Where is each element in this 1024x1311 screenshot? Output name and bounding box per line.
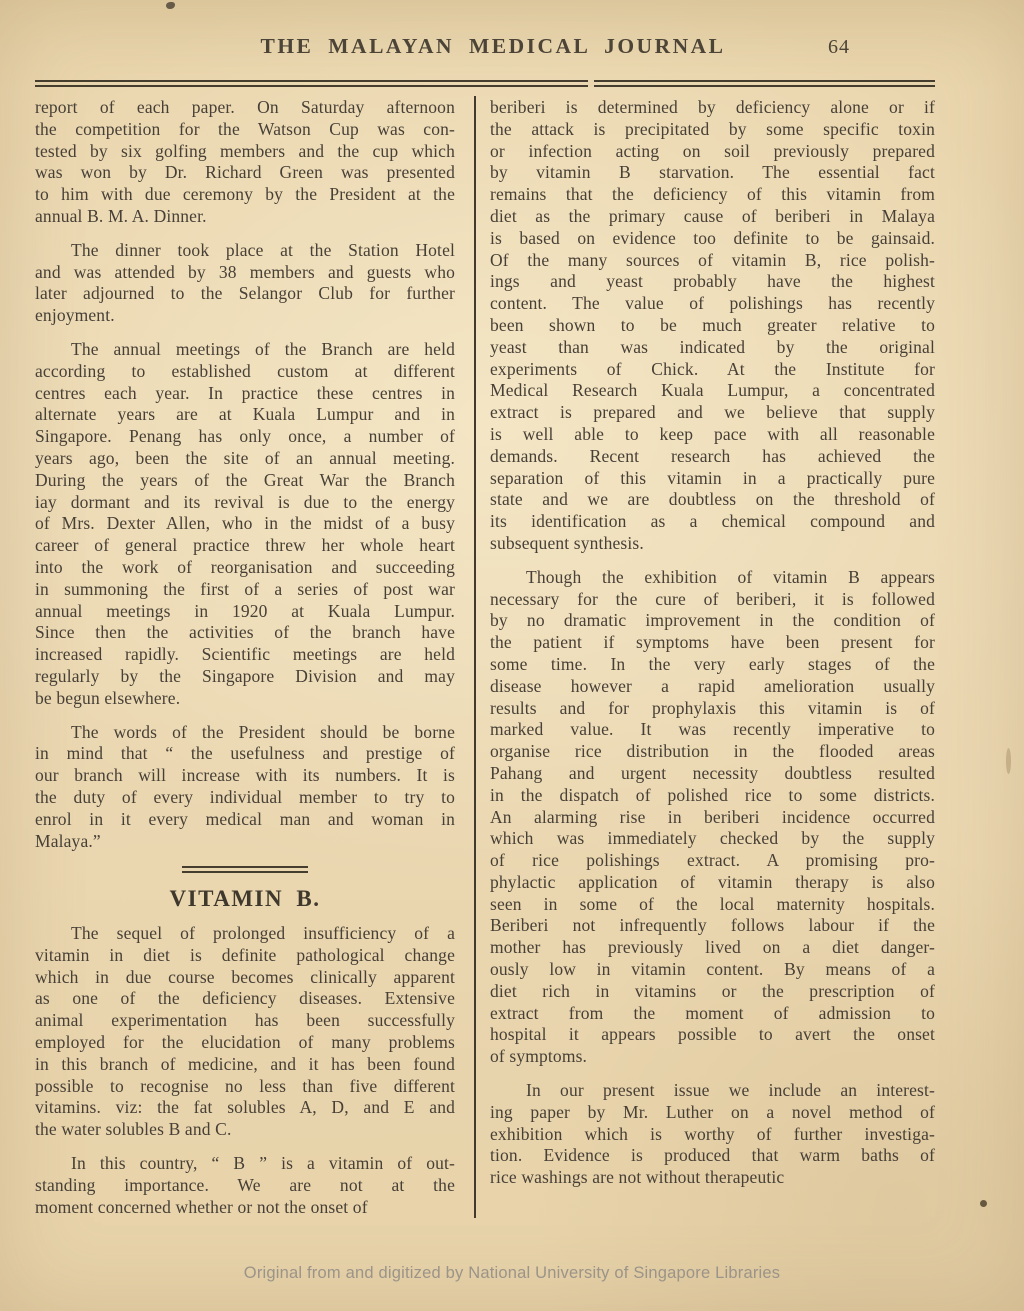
text-line: The dinner took place at the Station Hot…: [35, 240, 455, 262]
text-line: was won by Dr. Richard Green was present…: [35, 162, 455, 184]
text-line: mother has previously lived on a diet da…: [490, 937, 935, 959]
paragraph: The words of the President should be bor…: [35, 722, 455, 853]
text-line: ings and yeast probably have the highest: [490, 271, 935, 293]
text-line: remains that the deficiency of this vita…: [490, 184, 935, 206]
text-line: demands. Recent research has achieved th…: [490, 446, 935, 468]
text-line: which in due course becomes clinically a…: [35, 967, 455, 989]
digitization-credit: Original from and digitized by National …: [0, 1264, 1024, 1283]
text-line: later adjourned to the Selangor Club for…: [35, 283, 455, 305]
text-line: in summoning the first of a series of po…: [35, 579, 455, 601]
text-line: state and we are doubtless on the thresh…: [490, 489, 935, 511]
text-line: the competition for the Watson Cup was c…: [35, 119, 455, 141]
scan-artifact-speck: [166, 2, 175, 9]
text-line: the patient if symptoms have been presen…: [490, 632, 935, 654]
text-line: content. The value of polishings has rec…: [490, 293, 935, 315]
text-line: ously low in vitamin content. By means o…: [490, 959, 935, 981]
text-line: enjoyment.: [35, 305, 455, 327]
text-line: During the years of the Great War the Br…: [35, 470, 455, 492]
text-line: diet as the primary cause of beriberi in…: [490, 206, 935, 228]
text-line: is well able to keep pace with all reaso…: [490, 424, 935, 446]
text-line: ing paper by Mr. Luther on a novel metho…: [490, 1102, 935, 1124]
text-line: seen in some of the local maternity hosp…: [490, 894, 935, 916]
text-line: and was attended by 38 members and guest…: [35, 262, 455, 284]
text-line: of rice polishings extract. A promising …: [490, 850, 935, 872]
text-line: possible to recognise no less than five …: [35, 1076, 455, 1098]
text-line: to him with due ceremony by the Presiden…: [35, 184, 455, 206]
text-line: report of each paper. On Saturday aftern…: [35, 97, 455, 119]
paragraph: In our present issue we include an inter…: [490, 1080, 935, 1189]
text-line: In our present issue we include an inter…: [490, 1080, 935, 1102]
text-line: increased rapidly. Scientific meetings a…: [35, 644, 455, 666]
text-line: by vitamin B starvation. The essential f…: [490, 162, 935, 184]
text-line: hospital it appears possible to avert th…: [490, 1024, 935, 1046]
text-line: Medical Research Kuala Lumpur, a concent…: [490, 380, 935, 402]
text-line: animal experimentation has been successf…: [35, 1010, 455, 1032]
text-line: which was immediately checked by the sup…: [490, 828, 935, 850]
text-line: annual meetings in 1920 at Kuala Lumpur.: [35, 601, 455, 623]
paragraph: The dinner took place at the Station Hot…: [35, 240, 455, 327]
text-line: marked value. It was recently imperative…: [490, 719, 935, 741]
text-line: into the work of reorganisation and succ…: [35, 557, 455, 579]
text-line: beriberi is determined by deficiency alo…: [490, 97, 935, 119]
text-line: in this branch of medicine, and it has b…: [35, 1054, 455, 1076]
text-line: the attack is precipitated by some speci…: [490, 119, 935, 141]
text-line: is based on evidence too definite to be …: [490, 228, 935, 250]
text-line: in mind that “ the usefulness and presti…: [35, 743, 455, 765]
text-line: diet rich in vitamins or the prescriptio…: [490, 981, 935, 1003]
text-line: been shown to be much greater relative t…: [490, 315, 935, 337]
text-line: iay dormant and its revival is due to th…: [35, 492, 455, 514]
text-line: extract from the moment of admission to: [490, 1003, 935, 1025]
text-line: employed for the elucidation of many pro…: [35, 1032, 455, 1054]
text-line: alternate years are at Kuala Lumpur and …: [35, 404, 455, 426]
text-line: or infection acting on soil previously p…: [490, 141, 935, 163]
text-line: experiments of Chick. At the Institute f…: [490, 359, 935, 381]
text-line: some time. In the very early stages of t…: [490, 654, 935, 676]
text-line: vitamin in diet is definite pathological…: [35, 945, 455, 967]
text-line: its identification as a chemical compoun…: [490, 511, 935, 533]
text-line: disease however a rapid amelioration usu…: [490, 676, 935, 698]
text-line: yeast than was indicated by the original: [490, 337, 935, 359]
right-column: beriberi is determined by deficiency alo…: [490, 97, 935, 1189]
scan-artifact-dot: [980, 1200, 987, 1207]
text-line: be begun elsewhere.: [35, 688, 455, 710]
text-line: annual B. M. A. Dinner.: [35, 206, 455, 228]
text-line: exhibition which is worthy of further in…: [490, 1124, 935, 1146]
text-line: tested by six golfing members and the cu…: [35, 141, 455, 163]
text-line: Pahang and urgent necessity doubtless re…: [490, 763, 935, 785]
section-heading: VITAMIN B.: [35, 888, 455, 910]
journal-title: THE MALAYAN MEDICAL JOURNAL: [43, 34, 943, 59]
text-line: In this country, “ B ” is a vitamin of o…: [35, 1153, 455, 1175]
text-line: centres each year. In practice these cen…: [35, 383, 455, 405]
text-line: The words of the President should be bor…: [35, 722, 455, 744]
paragraph: In this country, “ B ” is a vitamin of o…: [35, 1153, 455, 1218]
text-line: our branch will increase with its number…: [35, 765, 455, 787]
text-line: as one of the deficiency diseases. Exten…: [35, 988, 455, 1010]
section-divider: [182, 866, 308, 873]
page-number: 64: [828, 36, 850, 59]
text-line: Beriberi not infrequently follows labour…: [490, 915, 935, 937]
text-line: The annual meetings of the Branch are he…: [35, 339, 455, 361]
paragraph: report of each paper. On Saturday aftern…: [35, 97, 455, 228]
text-line: rice washings are not without therapeuti…: [490, 1167, 935, 1189]
text-line: of Mrs. Dexter Allen, who in the midst o…: [35, 513, 455, 535]
text-line: An alarming rise in beriberi incidence o…: [490, 807, 935, 829]
text-line: moment concerned whether or not the onse…: [35, 1197, 455, 1219]
text-line: according to established custom at diffe…: [35, 361, 455, 383]
scan-artifact-smudge: [1006, 748, 1011, 774]
text-line: results and for prophylaxis this vitamin…: [490, 698, 935, 720]
text-line: subsequent synthesis.: [490, 533, 935, 555]
text-line: by no dramatic improvement in the condit…: [490, 610, 935, 632]
left-column: report of each paper. On Saturday aftern…: [35, 97, 455, 1218]
text-line: the water solubles B and C.: [35, 1119, 455, 1141]
header-double-rule: [35, 80, 935, 87]
text-line: years ago, been the site of an annual me…: [35, 448, 455, 470]
text-line: phylactic application of vitamin therapy…: [490, 872, 935, 894]
text-line: the duty of every individual member to t…: [35, 787, 455, 809]
text-line: extract is prepared and we believe that …: [490, 402, 935, 424]
text-line: Malaya.”: [35, 831, 455, 853]
text-line: necessary for the cure of beriberi, it i…: [490, 589, 935, 611]
text-line: vitamins. viz: the fat solubles A, D, an…: [35, 1097, 455, 1119]
paragraph: The sequel of prolonged insufficiency of…: [35, 923, 455, 1141]
paragraph: beriberi is determined by deficiency alo…: [490, 97, 935, 555]
text-line: career of general practice threw her who…: [35, 535, 455, 557]
text-line: Of the many sources of vitamin B, rice p…: [490, 250, 935, 272]
text-line: enrol in it every medical man and woman …: [35, 809, 455, 831]
scanned-journal-page: THE MALAYAN MEDICAL JOURNAL 64 report of…: [0, 0, 1024, 1311]
text-line: The sequel of prolonged insufficiency of…: [35, 923, 455, 945]
text-line: regularly by the Singapore Division and …: [35, 666, 455, 688]
text-line: Though the exhibition of vitamin B appea…: [490, 567, 935, 589]
column-divider-rule: [474, 96, 476, 1218]
text-line: tion. Evidence is produced that warm bat…: [490, 1145, 935, 1167]
text-line: Since then the activities of the branch …: [35, 622, 455, 644]
text-line: organise rice distribution in the floode…: [490, 741, 935, 763]
text-line: of symptoms.: [490, 1046, 935, 1068]
text-line: separation of this vitamin in a practica…: [490, 468, 935, 490]
text-line: Singapore. Penang has only once, a numbe…: [35, 426, 455, 448]
paragraph: Though the exhibition of vitamin B appea…: [490, 567, 935, 1068]
paragraph: The annual meetings of the Branch are he…: [35, 339, 455, 710]
text-line: in the dispatch of polished rice to some…: [490, 785, 935, 807]
rule-print-gap: [588, 80, 594, 87]
text-line: standing importance. We are not at the: [35, 1175, 455, 1197]
